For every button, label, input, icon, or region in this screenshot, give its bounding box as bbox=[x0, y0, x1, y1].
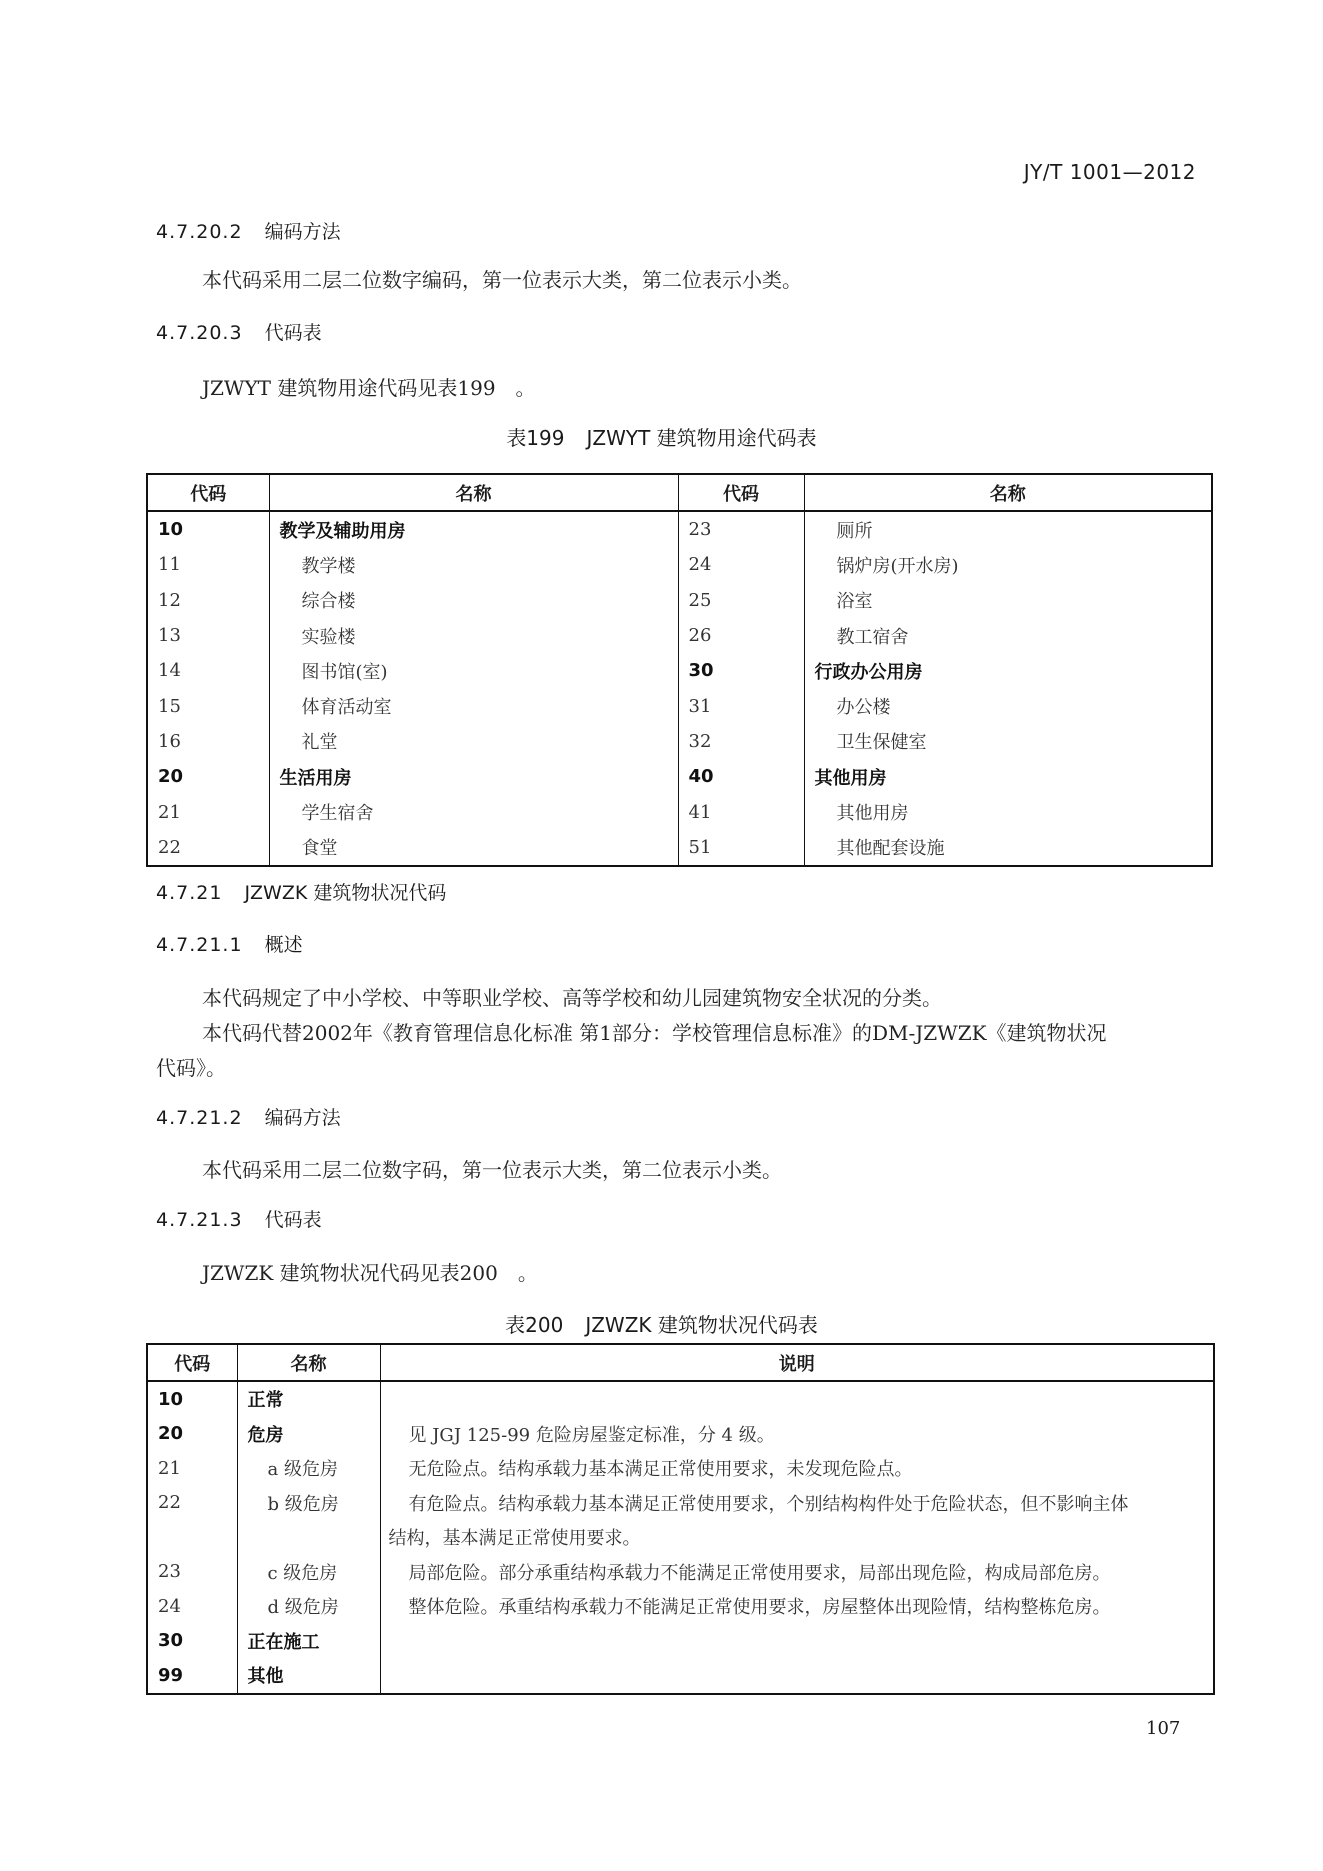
description-cell: 无危险点。结构承载力基本满足正常使用要求，未发现危险点。 bbox=[380, 1451, 1214, 1486]
code-cell: 31 bbox=[678, 688, 804, 723]
heading-4-7-21-3: 4.7.21.3代码表 bbox=[156, 1207, 322, 1233]
column-header-name: 名称 bbox=[804, 474, 1212, 511]
table-row: 21 a 级危房 无危险点。结构承载力基本满足正常使用要求，未发现危险点。 bbox=[147, 1451, 1214, 1486]
paragraph-coding-method: 本代码采用二层二位数字码，第一位表示大类，第二位表示小类。 bbox=[202, 1157, 782, 1183]
name-cell: 其他用房 bbox=[804, 759, 1212, 794]
section-title: 概述 bbox=[265, 934, 303, 956]
table-row: 10 正常 bbox=[147, 1381, 1214, 1417]
name-cell: 生活用房 bbox=[269, 759, 678, 794]
heading-4-7-21-2: 4.7.21.2编码方法 bbox=[156, 1105, 341, 1131]
code-cell: 23 bbox=[678, 511, 804, 547]
name-cell: 其他 bbox=[237, 1658, 380, 1694]
code-cell: 13 bbox=[147, 618, 269, 653]
name-cell: 其他用房 bbox=[804, 794, 1212, 829]
table-number: 表200 bbox=[505, 1313, 563, 1337]
table-row: 11 教学楼 24 锅炉房(开水房) bbox=[147, 547, 1212, 582]
table-row: 22 b 级危房 有危险点。结构承载力基本满足正常使用要求，个别结构构件处于危险… bbox=[147, 1486, 1214, 1521]
name-cell: 正常 bbox=[237, 1381, 380, 1417]
code-cell: 23 bbox=[147, 1555, 237, 1590]
name-cell: c 级危房 bbox=[237, 1555, 380, 1590]
code-cell: 32 bbox=[678, 724, 804, 759]
name-cell: a 级危房 bbox=[237, 1451, 380, 1486]
name-cell: 教学楼 bbox=[269, 547, 678, 582]
heading-4-7-20-2: 4.7.20.2编码方法 bbox=[156, 219, 341, 245]
name-cell: b 级危房 bbox=[237, 1486, 380, 1521]
code-cell: 24 bbox=[678, 547, 804, 582]
name-cell: d 级危房 bbox=[237, 1589, 380, 1624]
description-cell: 整体危险。承重结构承载力不能满足正常使用要求，房屋整体出现险情，结构整栋危房。 bbox=[380, 1589, 1214, 1624]
code-cell: 20 bbox=[147, 759, 269, 794]
description-cell: 见 JGJ 125-99 危险房屋鉴定标准，分 4 级。 bbox=[380, 1417, 1214, 1452]
table-row: 23 c 级危房 局部危险。部分承重结构承载力不能满足正常使用要求，局部出现危险… bbox=[147, 1555, 1214, 1590]
table-row: 13 实验楼 26 教工宿舍 bbox=[147, 618, 1212, 653]
paragraph-table-reference: JZWYT 建筑物用途代码见表199 。 bbox=[202, 375, 536, 401]
code-cell: 30 bbox=[147, 1624, 237, 1659]
name-cell: 礼堂 bbox=[269, 724, 678, 759]
table-199-caption: 表199JZWYT 建筑物用途代码表 bbox=[0, 425, 1323, 451]
table-row: 30 正在施工 bbox=[147, 1624, 1214, 1659]
code-cell: 14 bbox=[147, 653, 269, 688]
section-number: 4.7.21.2 bbox=[156, 1107, 243, 1129]
code-cell: 12 bbox=[147, 583, 269, 618]
name-cell: 教学及辅助用房 bbox=[269, 511, 678, 547]
name-cell: 图书馆(室) bbox=[269, 653, 678, 688]
name-cell: 教工宿舍 bbox=[804, 618, 1212, 653]
section-number: 4.7.20.3 bbox=[156, 322, 243, 344]
code-cell: 20 bbox=[147, 1417, 237, 1452]
section-title: 代码表 bbox=[265, 322, 322, 344]
column-header-name: 名称 bbox=[237, 1344, 380, 1381]
description-cell bbox=[380, 1381, 1214, 1417]
table-title: JZWZK 建筑物状况代码表 bbox=[585, 1313, 818, 1337]
table-row: 21 学生宿舍 41 其他用房 bbox=[147, 794, 1212, 829]
column-header-name: 名称 bbox=[269, 474, 678, 511]
description-cell-continuation: 结构，基本满足正常使用要求。 bbox=[380, 1520, 1214, 1555]
code-cell: 26 bbox=[678, 618, 804, 653]
paragraph-replacement-line2: 代码》。 bbox=[156, 1055, 226, 1081]
description-cell bbox=[380, 1658, 1214, 1694]
table-200-caption: 表200JZWZK 建筑物状况代码表 bbox=[0, 1312, 1323, 1338]
table-row: 24 d 级危房 整体危险。承重结构承载力不能满足正常使用要求，房屋整体出现险情… bbox=[147, 1589, 1214, 1624]
section-title: 编码方法 bbox=[265, 221, 341, 243]
section-title: JZWZK 建筑物状况代码 bbox=[244, 882, 446, 904]
column-header-code: 代码 bbox=[678, 474, 804, 511]
heading-4-7-20-3: 4.7.20.3代码表 bbox=[156, 320, 322, 346]
name-cell-empty bbox=[237, 1520, 380, 1555]
paragraph-coding-method: 本代码采用二层二位数字编码，第一位表示大类，第二位表示小类。 bbox=[202, 267, 802, 293]
section-title: 代码表 bbox=[265, 1209, 322, 1231]
name-cell: 其他配套设施 bbox=[804, 830, 1212, 866]
code-cell: 24 bbox=[147, 1589, 237, 1624]
code-cell: 10 bbox=[147, 1381, 237, 1417]
code-cell: 11 bbox=[147, 547, 269, 582]
section-number: 4.7.21.3 bbox=[156, 1209, 243, 1231]
name-cell: 卫生保健室 bbox=[804, 724, 1212, 759]
name-cell: 锅炉房(开水房) bbox=[804, 547, 1212, 582]
code-cell: 22 bbox=[147, 830, 269, 866]
code-cell: 40 bbox=[678, 759, 804, 794]
table-row: 20 生活用房 40 其他用房 bbox=[147, 759, 1212, 794]
name-cell: 食堂 bbox=[269, 830, 678, 866]
code-cell: 99 bbox=[147, 1658, 237, 1694]
table-row-continuation: 结构，基本满足正常使用要求。 bbox=[147, 1520, 1214, 1555]
page-number: 107 bbox=[1146, 1718, 1180, 1739]
name-cell: 实验楼 bbox=[269, 618, 678, 653]
name-cell: 厕所 bbox=[804, 511, 1212, 547]
table-row: 20 危房 见 JGJ 125-99 危险房屋鉴定标准，分 4 级。 bbox=[147, 1417, 1214, 1452]
code-cell: 25 bbox=[678, 583, 804, 618]
table-row: 15 体育活动室 31 办公楼 bbox=[147, 688, 1212, 723]
code-cell: 41 bbox=[678, 794, 804, 829]
name-cell: 综合楼 bbox=[269, 583, 678, 618]
code-cell: 15 bbox=[147, 688, 269, 723]
name-cell: 体育活动室 bbox=[269, 688, 678, 723]
table-200-building-condition-codes: 代码 名称 说明 10 正常 20 危房 见 JGJ 125-99 危险房屋鉴定… bbox=[146, 1343, 1215, 1695]
description-cell: 局部危险。部分承重结构承载力不能满足正常使用要求，局部出现危险，构成局部危房。 bbox=[380, 1555, 1214, 1590]
column-header-code: 代码 bbox=[147, 1344, 237, 1381]
table-199-building-use-codes: 代码 名称 代码 名称 10 教学及辅助用房 23 厕所 11 教学楼 24 锅… bbox=[146, 473, 1213, 867]
section-title: 编码方法 bbox=[265, 1107, 341, 1129]
name-cell: 危房 bbox=[237, 1417, 380, 1452]
section-number: 4.7.21 bbox=[156, 882, 222, 904]
paragraph-table-reference: JZWZK 建筑物状况代码见表200 。 bbox=[202, 1260, 538, 1286]
heading-4-7-21: 4.7.21JZWZK 建筑物状况代码 bbox=[156, 880, 446, 906]
code-cell: 21 bbox=[147, 794, 269, 829]
table-row: 12 综合楼 25 浴室 bbox=[147, 583, 1212, 618]
table-row: 99 其他 bbox=[147, 1658, 1214, 1694]
name-cell: 办公楼 bbox=[804, 688, 1212, 723]
description-cell: 有危险点。结构承载力基本满足正常使用要求，个别结构构件处于危险状态，但不影响主体 bbox=[380, 1486, 1214, 1521]
table-row: 10 教学及辅助用房 23 厕所 bbox=[147, 511, 1212, 547]
paragraph-scope: 本代码规定了中小学校、中等职业学校、高等学校和幼儿园建筑物安全状况的分类。 bbox=[202, 985, 942, 1011]
table-row: 14 图书馆(室) 30 行政办公用房 bbox=[147, 653, 1212, 688]
code-cell: 22 bbox=[147, 1486, 237, 1521]
description-cell bbox=[380, 1624, 1214, 1659]
code-cell-empty bbox=[147, 1520, 237, 1555]
table-row: 22 食堂 51 其他配套设施 bbox=[147, 830, 1212, 866]
section-number: 4.7.21.1 bbox=[156, 934, 243, 956]
code-cell: 16 bbox=[147, 724, 269, 759]
section-number: 4.7.20.2 bbox=[156, 221, 243, 243]
table-header-row: 代码 名称 代码 名称 bbox=[147, 474, 1212, 511]
column-header-description: 说明 bbox=[380, 1344, 1214, 1381]
code-cell: 30 bbox=[678, 653, 804, 688]
table-row: 16 礼堂 32 卫生保健室 bbox=[147, 724, 1212, 759]
code-cell: 10 bbox=[147, 511, 269, 547]
table-title: JZWYT 建筑物用途代码表 bbox=[587, 426, 817, 450]
heading-4-7-21-1: 4.7.21.1概述 bbox=[156, 932, 303, 958]
name-cell: 正在施工 bbox=[237, 1624, 380, 1659]
name-cell: 学生宿舍 bbox=[269, 794, 678, 829]
code-cell: 21 bbox=[147, 1451, 237, 1486]
paragraph-replacement-line1: 本代码代替2002年《教育管理信息化标准 第1部分：学校管理信息标准》的DM-J… bbox=[202, 1020, 1107, 1046]
code-cell: 51 bbox=[678, 830, 804, 866]
name-cell: 行政办公用房 bbox=[804, 653, 1212, 688]
column-header-code: 代码 bbox=[147, 474, 269, 511]
table-header-row: 代码 名称 说明 bbox=[147, 1344, 1214, 1381]
standard-code-header: JY/T 1001—2012 bbox=[1024, 160, 1196, 184]
name-cell: 浴室 bbox=[804, 583, 1212, 618]
table-number: 表199 bbox=[506, 426, 564, 450]
